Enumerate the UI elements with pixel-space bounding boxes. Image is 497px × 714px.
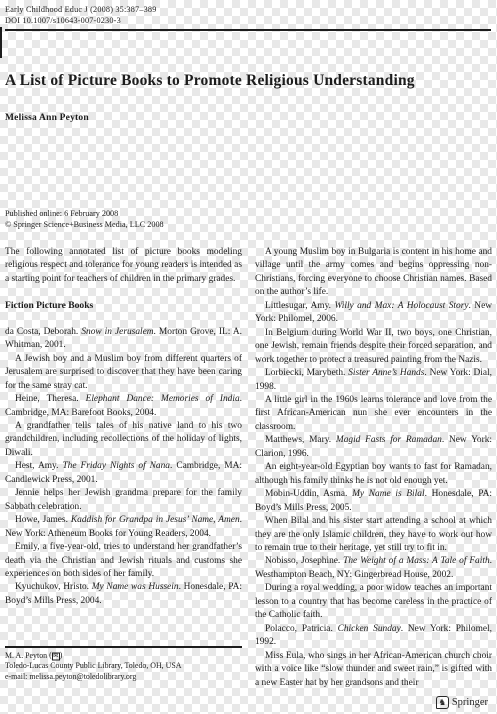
book-citation: Howe, James. Kaddish for Grandpa in Jesu… xyxy=(5,514,242,541)
footnote-author: M. A. Peyton xyxy=(5,651,47,660)
book-annotation: A grandfather tells tales of his native … xyxy=(5,420,242,460)
book-annotation: Jennie helps her Jewish grandma prepare … xyxy=(5,487,242,514)
author-footnote: M. A. Peyton ✉ Toledo-Lucas County Publi… xyxy=(5,646,242,682)
book-citation: Kyuchukov, Hristo. My Name was Hussein. … xyxy=(5,581,242,608)
book-annotation: A Jewish boy and a Muslim boy from diffe… xyxy=(5,353,242,393)
right-column: A young Muslim boy in Bulgaria is conten… xyxy=(255,246,492,692)
publication-info: Published online: 6 February 2008 © Spri… xyxy=(5,208,491,230)
copyright-line: © Springer Science+Business Media, LLC 2… xyxy=(5,219,491,230)
citation-text: Hest, Amy. xyxy=(15,461,62,471)
book-annotation: An eight-year-old Egyptian boy wants to … xyxy=(255,461,492,488)
springer-horse-icon: ♞ xyxy=(436,696,449,709)
book-citation: Heine, Theresa. Elephant Dance: Memories… xyxy=(5,393,242,420)
book-title: Snow in Jerusalem xyxy=(81,327,153,337)
book-title: The Weight of a Mass: A Tale of Faith xyxy=(343,556,489,566)
journal-page: Early Childhood Educ J (2008) 35:387–389… xyxy=(0,0,497,714)
book-citation: Matthews, Mary. Magid Fasts for Ramadan.… xyxy=(255,434,492,461)
section-heading: Fiction Picture Books xyxy=(5,299,242,312)
page-header: Early Childhood Educ J (2008) 35:387–389… xyxy=(5,5,491,26)
doi-line: DOI 10.1007/s10643-007-0230-3 xyxy=(5,16,491,27)
citation-text: Kyuchukov, Hristo. xyxy=(15,582,92,592)
citation-text: Howe, James. xyxy=(15,515,71,525)
book-title: Kaddish for Grandpa in Jesus’ Name, Amen xyxy=(71,515,240,525)
citation-text: Lorbiecki, Marybeth. xyxy=(265,368,348,378)
citation-text: Heine, Theresa. xyxy=(15,394,86,404)
book-annotation: Miss Eula, who sings in her African-Amer… xyxy=(255,650,492,690)
book-citation: Hest, Amy. The Friday Nights of Nana. Ca… xyxy=(5,460,242,487)
book-citation: Mobin-Uddin, Asma. My Name is Bilal. Hon… xyxy=(255,488,492,515)
two-column-body: The following annotated list of picture … xyxy=(5,246,491,692)
book-annotation: A little girl in the 1960s learns tolera… xyxy=(255,394,492,434)
footnote-affiliation: Toledo-Lucas County Public Library, Tole… xyxy=(5,661,242,672)
left-edge-mark xyxy=(0,27,2,58)
book-annotation: In Belgium during World War II, two boys… xyxy=(255,327,492,367)
book-citation: Nobisso, Josephine. The Weight of a Mass… xyxy=(255,555,492,582)
book-title: My Name was Hussein xyxy=(92,582,179,592)
journal-citation: Early Childhood Educ J (2008) 35:387–389 xyxy=(5,5,491,16)
book-annotation: During a royal wedding, a poor widow tea… xyxy=(255,582,492,622)
book-title: Magid Fasts for Ramadan xyxy=(336,435,442,445)
book-annotation: Emily, a five-year-old, tries to underst… xyxy=(5,541,242,581)
book-title: Chicken Sunday xyxy=(338,624,401,634)
footnote-name-line: M. A. Peyton ✉ xyxy=(5,651,242,662)
author-name: Melissa Ann Peyton xyxy=(5,113,491,123)
book-citation: Littlesugar, Amy. Willy and Max: A Holoc… xyxy=(255,300,492,327)
book-citation: Polacco, Patricia. Chicken Sunday. New Y… xyxy=(255,623,492,650)
citation-text: Nobisso, Josephine. xyxy=(265,556,343,566)
left-column: The following annotated list of picture … xyxy=(5,246,242,692)
published-online-line: Published online: 6 February 2008 xyxy=(5,208,491,219)
right-column-text: A young Muslim boy in Bulgaria is conten… xyxy=(255,246,492,692)
book-citation: Lorbiecki, Marybeth. Sister Anne’s Hands… xyxy=(255,367,492,394)
footnote-email: e-mail: melissa.peyton@toledolibrary.org xyxy=(5,672,242,683)
citation-text: Mobin-Uddin, Asma. xyxy=(265,489,352,499)
book-annotation: A young Muslim boy in Bulgaria is conten… xyxy=(255,246,492,300)
book-title: Elephant Dance: Memories of India xyxy=(86,394,240,404)
publisher-name: Springer xyxy=(452,697,488,708)
citation-text: Matthews, Mary. xyxy=(265,435,336,445)
book-annotation: When Bilal and his sister start attendin… xyxy=(255,515,492,555)
citation-text: Littlesugar, Amy. xyxy=(265,301,334,311)
book-citation: da Costa, Deborah. Snow in Jerusalem. Mo… xyxy=(5,326,242,353)
book-title: The Friday Nights of Nana xyxy=(62,461,170,471)
intro-paragraph: The following annotated list of picture … xyxy=(5,246,242,286)
header-rule xyxy=(5,29,491,31)
book-title: Sister Anne’s Hands xyxy=(348,368,424,378)
book-title: Willy and Max: A Holocaust Story xyxy=(334,301,468,311)
book-title: My Name is Bilal xyxy=(352,489,425,499)
article-title: A List of Picture Books to Promote Relig… xyxy=(5,72,491,90)
publisher-logo: ♞ Springer xyxy=(436,696,488,709)
citation-text: Polacco, Patricia. xyxy=(265,624,338,634)
envelope-icon: ✉ xyxy=(49,651,62,661)
citation-text: da Costa, Deborah. xyxy=(5,327,81,337)
left-column-text: The following annotated list of picture … xyxy=(5,246,242,642)
footnote-rule xyxy=(5,646,242,648)
